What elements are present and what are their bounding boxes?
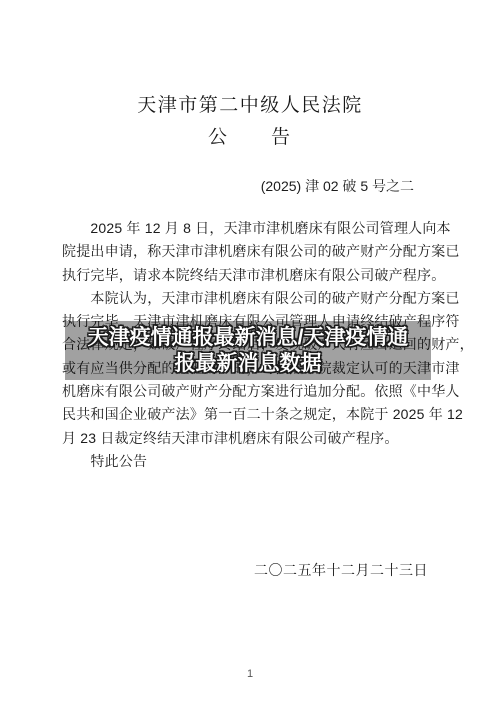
notice-title: 公 告	[0, 122, 500, 149]
body-line: 2025 年 12 月 8 日，天津市津机磨床有限公司管理人向本	[62, 217, 443, 240]
document-page: 天津市第二中级人民法院 公 告 (2025) 津 02 破 5 号之二 2025…	[0, 0, 500, 707]
watermark-overlay: 天津疫情通报最新消息/天津疫情通 报最新消息数据	[65, 321, 431, 380]
body-line: 本院认为，天津市津机磨床有限公司的破产财产分配方案已	[62, 287, 443, 310]
court-name: 天津市第二中级人民法院	[0, 0, 500, 117]
body-line: 月 23 日裁定终结天津市津机磨床有限公司破产程序。	[62, 427, 443, 450]
page-number: 1	[0, 668, 500, 680]
watermark-text-line1: 天津疫情通报最新消息/天津疫情通	[88, 325, 409, 351]
body-line: 特此公告	[62, 450, 443, 473]
body-line: 执行完毕，请求本院终结天津市津机磨床有限公司破产程序。	[62, 264, 443, 287]
body-line: 院提出申请，称天津市津机磨床有限公司的破产财产分配方案已	[62, 240, 443, 263]
body-line: 民共和国企业破产法》第一百二十条之规定，本院于 2025 年 12	[62, 403, 443, 426]
document-date: 二〇二五年十二月二十三日	[0, 560, 500, 580]
body-line: 机磨床有限公司破产财产分配方案进行追加分配。依照《中华人	[62, 380, 443, 403]
watermark-text-line2: 报最新消息数据	[175, 351, 322, 377]
case-number: (2025) 津 02 破 5 号之二	[0, 176, 500, 196]
